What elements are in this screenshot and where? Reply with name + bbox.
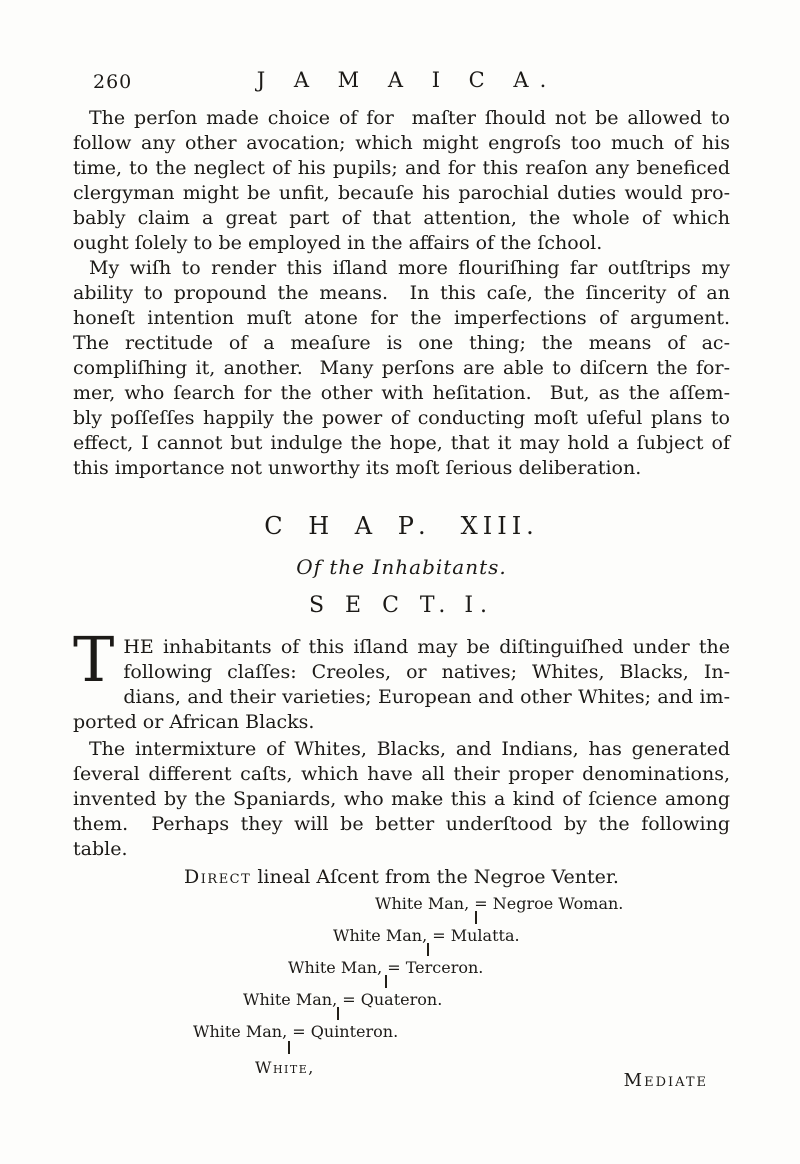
text-line: clergyman might be unfit, becauſe his pa… [73,181,730,206]
genealogy-caption-lead: Direct [184,866,251,888]
text-line: bly poſſeſſes happily the power of condu… [73,406,730,431]
running-head: 260 J A M A I C A. [73,68,730,98]
catchword: Mediate [624,1070,708,1091]
section-label: S E C T. [309,593,452,618]
genealogy-result: White, [255,1058,315,1078]
paragraph-inhabitants: THE inhabitants of this iſland may be di… [73,635,730,735]
text-line: The perſon made choice of for maſter ſho… [73,106,730,131]
section-number: I. [464,593,494,618]
genealogy-row: White Man, = Negroe Woman. [375,894,623,914]
drop-cap: T [73,636,114,686]
text-line: this importance not unworthy its moſt ſe… [73,456,730,481]
descent-line [385,975,387,988]
text-line: bably claim a great part of that attenti… [73,206,730,231]
text-line: ability to propound the means. In this c… [73,281,730,306]
text-line: The intermixture of Whites, Blacks, and … [73,737,730,762]
book-page: 260 J A M A I C A. The perſon made choic… [0,0,800,1164]
genealogy-diagram: White Man, = Negroe Woman.White Man, = M… [73,890,730,1090]
running-title: J A M A I C A. [73,68,730,92]
text-line: follow any other avocation; which might … [73,131,730,156]
descent-line [475,911,477,924]
descent-line [337,1007,339,1020]
chapter-label: C H A P. [264,512,434,540]
text-line: following claſſes: Creoles, or natives; … [73,660,730,685]
text-line: time, to the neglect of his pupils; and … [73,156,730,181]
paragraph-schoolmaster: The perſon made choice of for maſter ſho… [73,106,730,256]
chapter-number: XIII. [461,512,539,540]
text-line: mer, who ſearch for the other with heſit… [73,381,730,406]
genealogy-row: White Man, = Quateron. [243,990,442,1010]
text-line: ported or African Blacks. [73,710,730,735]
page-number: 260 [93,71,132,93]
text-line: them. Perhaps they will be better underſ… [73,812,730,837]
descent-line [427,943,429,956]
text-line: My wiſh to render this iſland more flour… [73,256,730,281]
text-line: ought ſolely to be employed in the affai… [73,231,730,256]
text-line: compliſhing it, another. Many perſons ar… [73,356,730,381]
text-line: table. [73,837,730,862]
descent-line [288,1041,290,1054]
text-line: HE inhabitants of this iſland may be diſ… [73,635,730,660]
paragraph-my-wish: My wiſh to render this iſland more flour… [73,256,730,481]
paragraph-intermixture: The intermixture of Whites, Blacks, and … [73,737,730,862]
chapter-heading: C H A P.XIII. [73,511,730,541]
section-heading: S E C T.I. [73,592,730,620]
text-line: honeſt intention muſt atone for the impe… [73,306,730,331]
text-line: invented by the Spaniards, who make this… [73,787,730,812]
text-line: dians, and their varieties; European and… [73,685,730,710]
genealogy-caption-rest: lineal Aſcent from the Negroe Venter. [251,866,619,888]
genealogy-caption: Direct lineal Aſcent from the Negroe Ven… [73,865,730,890]
text-line: ſeveral different caſts, which have all … [73,762,730,787]
text-line: effect, I cannot but indulge the hope, t… [73,431,730,456]
text-line: The rectitude of a meaſure is one thing;… [73,331,730,356]
genealogy-row: White Man, = Quinteron. [193,1022,398,1042]
chapter-subtitle: Of the Inhabitants. [73,554,730,580]
